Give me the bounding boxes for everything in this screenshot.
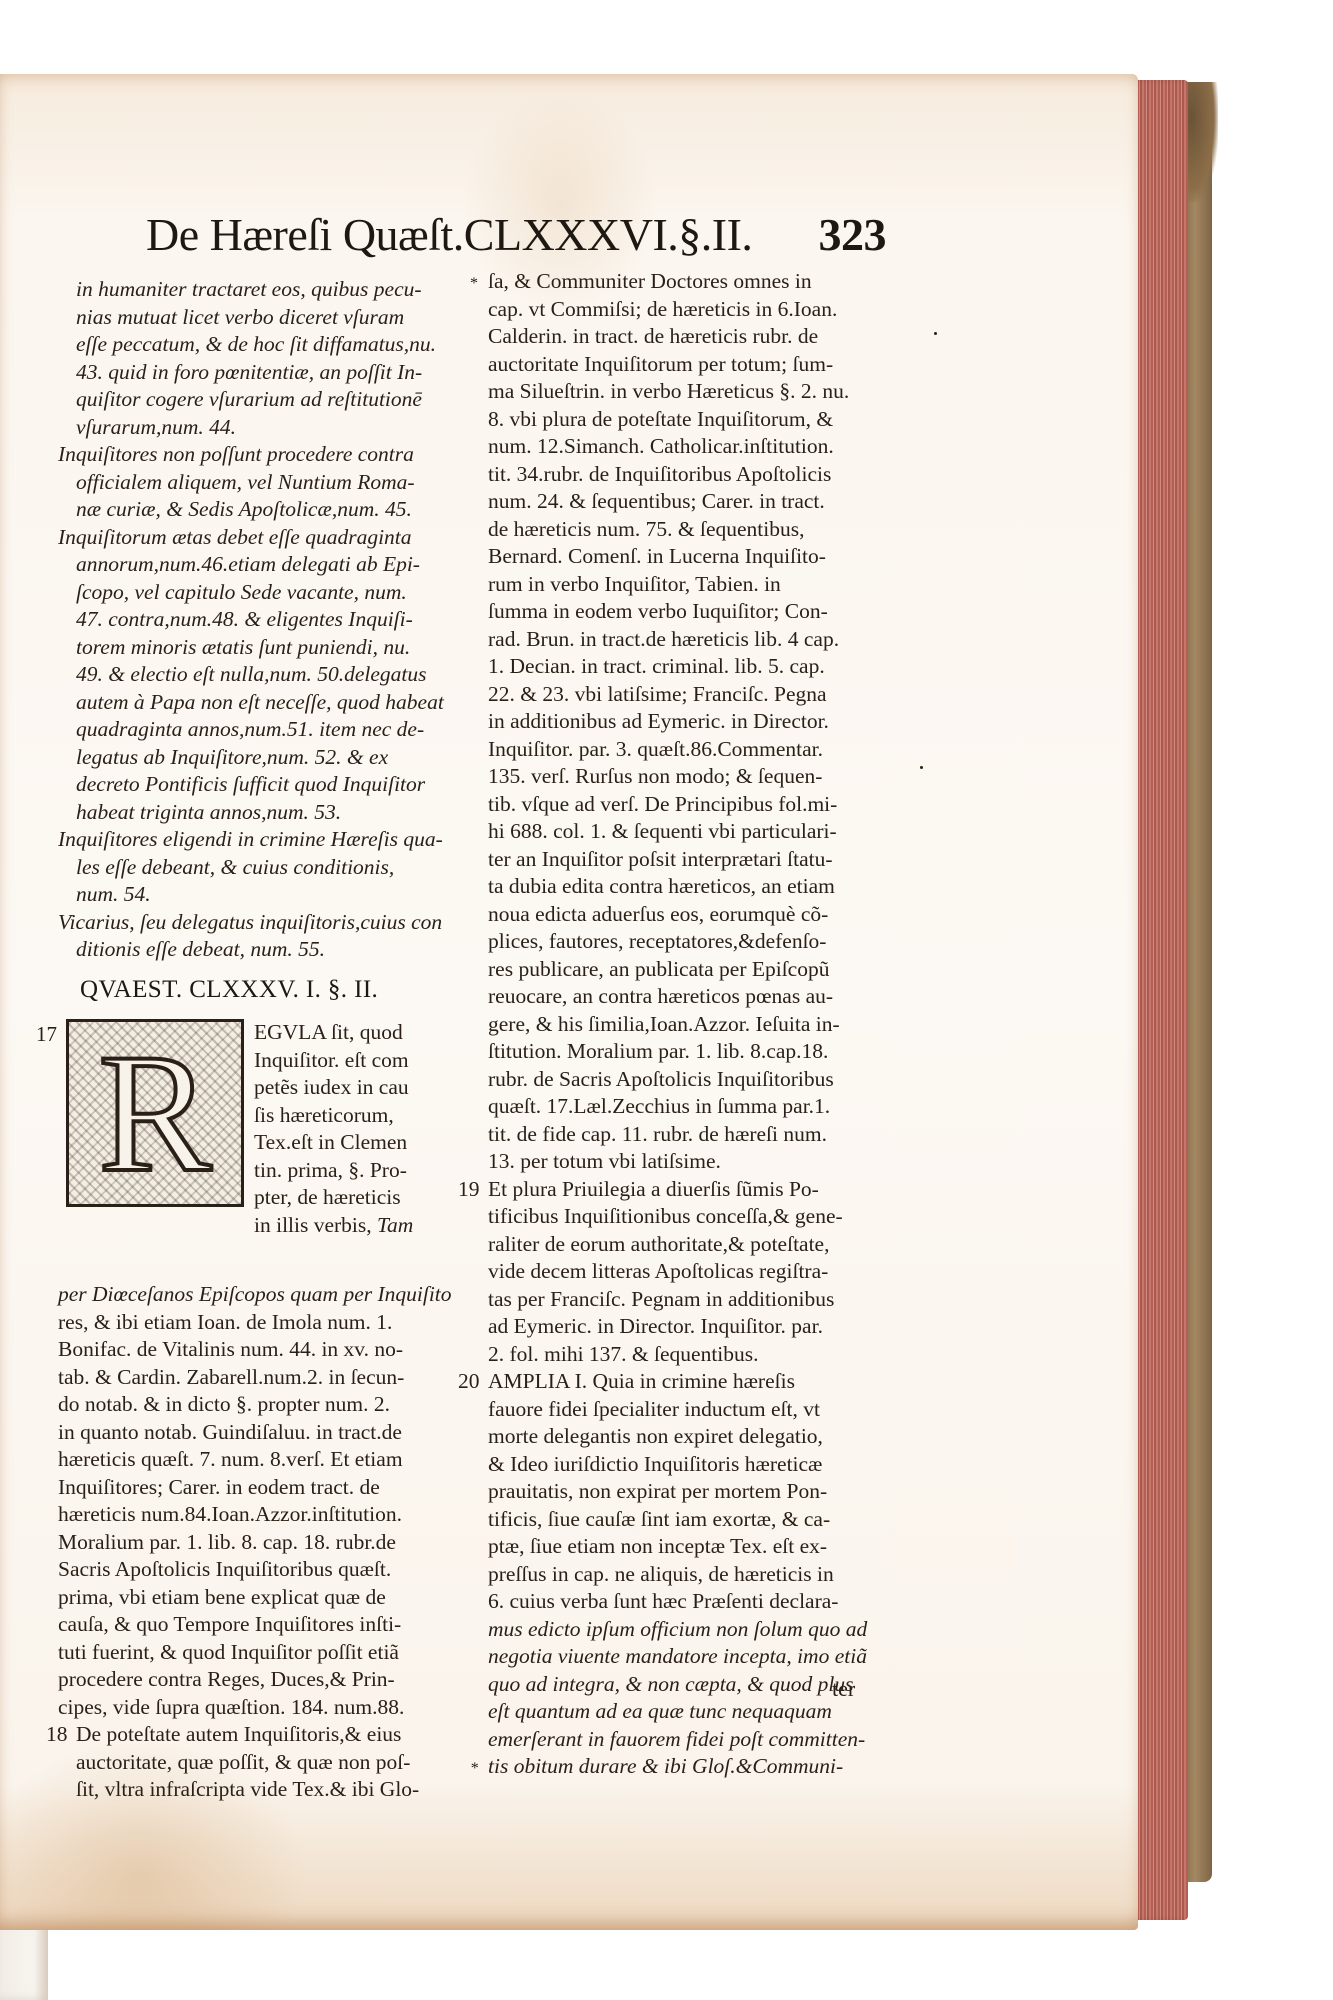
body-line: gere, & his ſimilia,Ioan.Azzor. Ieſuita … xyxy=(488,1011,880,1039)
index-line: 49. & electio eſt nulla,num. 50.delegatu… xyxy=(58,661,443,689)
index-line: les eſſe debeant, & cuius conditionis, xyxy=(58,854,443,882)
body-line: in quanto notab. Guindiſaluu. in tract.d… xyxy=(58,1419,443,1447)
body-line: vide decem litteras Apoſtolicas regiſtra… xyxy=(488,1258,880,1286)
initial-side-line: ſis hæreticorum, xyxy=(254,1102,444,1130)
paragraph-number: 20 xyxy=(458,1368,488,1396)
body-line: auctoritate Inquiſitorum per totum; ſum- xyxy=(488,351,880,379)
body-line: plices, fautores, receptatores,&defenſo- xyxy=(488,928,880,956)
body-line: 19Et plura Priuilegia a diuerſis ſũmis P… xyxy=(488,1176,880,1204)
initial-side-line: Inquiſitor. eſt com xyxy=(254,1047,444,1075)
body-line: mus edicto ipſum officium non ſolum quo … xyxy=(488,1616,880,1644)
body-line: tuti fuerint, & quod Inquiſitor poſſit e… xyxy=(58,1639,443,1667)
right-column: *ſa, & Communiter Doctores omnes incap. … xyxy=(470,268,880,1781)
ink-speck xyxy=(920,766,923,769)
index-line: officialem aliquem, vel Nuntium Roma- xyxy=(58,469,443,497)
index-line: legatus ab Inquiſitore,num. 52. & ex xyxy=(58,744,443,772)
body-line: num. 24. & ſequentibus; Carer. in tract. xyxy=(488,488,880,516)
body-line: quæſt. 17.Læl.Zecchius in ſumma par.1. xyxy=(488,1093,880,1121)
index-line: torem minoris ætatis ſunt puniendi, nu. xyxy=(58,634,443,662)
body-line: num. 12.Simanch. Catholicar.inſtitution. xyxy=(488,433,880,461)
body-line: cipes, vide ſupra quæſtion. 184. num.88. xyxy=(58,1694,443,1722)
body-line: 20AMPLIA I. Quia in crimine hæreſis xyxy=(488,1368,880,1396)
body-line: 2. fol. mihi 137. & ſequentibus. xyxy=(488,1341,880,1369)
body-line: tab. & Cardin. Zabarell.num.2. in ſecun- xyxy=(58,1364,443,1392)
body-line: ma Silueſtrin. in verbo Hæreticus §. 2. … xyxy=(488,378,880,406)
initial-side-line: petẽs iudex in cau xyxy=(254,1074,444,1102)
body-line: Inquiſitor. par. 3. quæſt.86.Commentar. xyxy=(488,736,880,764)
body-line: res publicare, an publicata per Epiſcopũ xyxy=(488,956,880,984)
body-line: 18De poteſtate autem Inquiſitoris,& eius xyxy=(76,1721,443,1749)
running-header: De Hæreſi Quæſt.CLXXXVI.§.II. 323 xyxy=(146,208,886,268)
index-line: nias mutuat licet verbo diceret vſuram xyxy=(58,304,443,332)
paragraph-18: 18De poteſtate autem Inquiſitoris,& eius… xyxy=(58,1721,443,1804)
index-line: decreto Pontificis ſufficit quod Inquiſi… xyxy=(58,771,443,799)
body-line: Sacris Apoſtolicis Inquiſitoribus quæſt. xyxy=(58,1556,443,1584)
body-line: 1. Decian. in tract. criminal. lib. 5. c… xyxy=(488,653,880,681)
body-line: prauitatis, non expirat per mortem Pon- xyxy=(488,1478,880,1506)
body-line: cap. vt Commiſsi; de hæreticis in 6.Ioan… xyxy=(488,296,880,324)
index-line: næ curiæ, & Sedis Apoſtolicæ,num. 45. xyxy=(58,496,443,524)
left-column: in humaniter tractaret eos, quibus pecu-… xyxy=(58,276,443,1804)
index-line: annorum,num.46.etiam delegati ab Epi- xyxy=(58,551,443,579)
asterisk-marker-icon: * xyxy=(470,270,488,298)
body-line: Calderin. in tract. de hæreticis rubr. d… xyxy=(488,323,880,351)
paragraph-number: 19 xyxy=(458,1176,488,1204)
body-line: tit. de fide cap. 11. rubr. de hæreſi nu… xyxy=(488,1121,880,1149)
body-line: prima, vbi etiam bene explicat quæ de xyxy=(58,1584,443,1612)
body-line: 13. per totum vbi latiſsime. xyxy=(488,1148,880,1176)
paragraph-17-body: per Diœceſanos Epiſcopos quam per Inquiſ… xyxy=(58,1281,443,1721)
catchword: ter xyxy=(832,1676,855,1702)
body-line: *tis obitum durare & ibi Gloſ.&Communi- xyxy=(488,1753,880,1781)
index-line: Inquiſitores eligendi in crimine Hæreſis… xyxy=(58,826,443,854)
body-line: ſtitution. Moralium par. 1. lib. 8.cap.1… xyxy=(488,1038,880,1066)
continuation-lines: *ſa, & Communiter Doctores omnes incap. … xyxy=(488,268,880,1176)
initial-letter: R xyxy=(98,1028,211,1198)
index-line: Inquiſitorum ætas debet eſſe quadraginta xyxy=(58,524,443,552)
body-line: tib. vſque ad verſ. De Principibus fol.m… xyxy=(488,791,880,819)
body-line: ad Eymeric. in Director. Inquiſitor. par… xyxy=(488,1313,880,1341)
decorated-initial-paragraph: 17 R EGVLA ſit, quodInquiſitor. eſt comp… xyxy=(58,1019,443,1281)
paragraph-19: 19Et plura Priuilegia a diuerſis ſũmis P… xyxy=(470,1176,880,1369)
body-line: *ſa, & Communiter Doctores omnes in xyxy=(488,268,880,296)
paragraph-20-lines: 20AMPLIA I. Quia in crimine hæreſisfauor… xyxy=(488,1368,880,1781)
body-line: hi 688. col. 1. & ſequenti vbi particula… xyxy=(488,818,880,846)
body-line: raliter de eorum authoritate,& poteſtate… xyxy=(488,1231,880,1259)
asterisk-marker-icon: * xyxy=(470,1755,488,1783)
body-line: do notab. & in dicto §. propter num. 2. xyxy=(58,1391,443,1419)
italic-quote: Tam xyxy=(377,1213,413,1237)
body-line: in additionibus ad Eymeric. in Director. xyxy=(488,708,880,736)
body-line: de hæreticis num. 75. & ſequentibus, xyxy=(488,516,880,544)
body-line: tit. 34.rubr. de Inquiſitoribus Apoſtoli… xyxy=(488,461,880,489)
index-line: 43. quid in foro pœnitentiæ, an poſſit I… xyxy=(58,359,443,387)
paragraph-18-lines: 18De poteſtate autem Inquiſitoris,& eius… xyxy=(76,1721,443,1804)
index-line: ditionis eſſe debeat, num. 55. xyxy=(58,936,443,964)
body-line: Inquiſitores; Carer. in eodem tract. de xyxy=(58,1474,443,1502)
historiated-initial-R-icon: R xyxy=(66,1019,244,1207)
body-line: tificis, ſiue cauſæ ſint iam exortæ, & c… xyxy=(488,1506,880,1534)
body-line: tificibus Inquiſitionibus conceſſa,& gen… xyxy=(488,1203,880,1231)
body-line: preſſus in cap. ne aliquis, de hæreticis… xyxy=(488,1561,880,1589)
body-line: Moralium par. 1. lib. 8. cap. 18. rubr.d… xyxy=(58,1529,443,1557)
index-line: habeat triginta annos,num. 53. xyxy=(58,799,443,827)
index-line: num. 54. xyxy=(58,881,443,909)
index-line: Vicarius, ſeu delegatus inquiſitoris,cui… xyxy=(58,909,443,937)
body-line: eſt quantum ad ea quæ tunc nequaquam xyxy=(488,1698,880,1726)
body-line: ſit, vltra infraſcripta vide Tex.& ibi G… xyxy=(76,1776,443,1804)
body-line: rum in verbo Inquiſitor, Tabien. in xyxy=(488,571,880,599)
body-line: quo ad integra, & non cæpta, & quod plus xyxy=(488,1671,880,1699)
body-line: ta dubia edita contra hæreticos, an etia… xyxy=(488,873,880,901)
paragraph-20: 20AMPLIA I. Quia in crimine hæreſisfauor… xyxy=(470,1368,880,1781)
body-line: noua edicta aduerſus eos, eorumquè cõ- xyxy=(488,901,880,929)
body-line: res, & ibi etiam Ioan. de Imola num. 1. xyxy=(58,1309,443,1337)
body-line: hæreticis num.84.Ioan.Azzor.inſtitution. xyxy=(58,1501,443,1529)
body-line: & Ideo iuriſdictio Inquiſitoris hæreticæ xyxy=(488,1451,880,1479)
index-summary: in humaniter tractaret eos, quibus pecu-… xyxy=(58,276,443,964)
body-line: procedere contra Reges, Duces,& Prin- xyxy=(58,1666,443,1694)
body-line: morte delegantis non expiret delegatio, xyxy=(488,1423,880,1451)
body-line: 135. verſ. Rurſus non modo; & ſequen- xyxy=(488,763,880,791)
index-line: eſſe peccatum, & de hoc ſit diffamatus,n… xyxy=(58,331,443,359)
body-line: rad. Brun. in tract.de hæreticis lib. 4 … xyxy=(488,626,880,654)
initial-side-line: pter, de hæreticis xyxy=(254,1184,444,1212)
index-line: ſcopo, vel capitulo Sede vacante, num. xyxy=(58,579,443,607)
body-line: Bonifac. de Vitalinis num. 44. in xv. no… xyxy=(58,1336,443,1364)
initial-side-line: Tex.eſt in Clemen xyxy=(254,1129,444,1157)
body-line: cauſa, & quo Tempore Inquiſitores inſti- xyxy=(58,1611,443,1639)
running-title: De Hæreſi Quæſt.CLXXXVI.§.II. xyxy=(146,208,752,261)
body-line: per Diœceſanos Epiſcopos quam per Inquiſ… xyxy=(58,1281,443,1309)
body-line: ptæ, ſiue etiam non inceptæ Tex. eſt ex- xyxy=(488,1533,880,1561)
body-line: fauore fidei ſpecialiter inductum eſt, v… xyxy=(488,1396,880,1424)
index-line: in humaniter tractaret eos, quibus pecu- xyxy=(58,276,443,304)
index-line: quiſitor cogere vſurarium ad reſtitution… xyxy=(58,386,443,414)
body-line: Bernard. Comenſ. in Lucerna Inquiſito- xyxy=(488,543,880,571)
initial-side-line: EGVLA ſit, quod xyxy=(254,1019,444,1047)
section-heading: QVAEST. CLXXXV. I. §. II. xyxy=(80,976,443,1004)
body-line: tas per Franciſc. Pegnam in additionibus xyxy=(488,1286,880,1314)
continuation-block: *ſa, & Communiter Doctores omnes incap. … xyxy=(470,268,880,1176)
page-number: 323 xyxy=(819,208,887,261)
paragraph-19-lines: 19Et plura Priuilegia a diuerſis ſũmis P… xyxy=(488,1176,880,1369)
body-line: 22. & 23. vbi latiſsime; Franciſc. Pegna xyxy=(488,681,880,709)
initial-side-line: tin. prima, §. Pro- xyxy=(254,1157,444,1185)
index-line: quadraginta annos,num.51. item nec de- xyxy=(58,716,443,744)
paragraph-number: 17 xyxy=(36,1021,57,1049)
index-line: Inquiſitores non poſſunt procedere contr… xyxy=(58,441,443,469)
index-line: vſurarum,num. 44. xyxy=(58,414,443,442)
body-line: ſumma in eodem verbo Iuquiſitor; Con- xyxy=(488,598,880,626)
paragraph-number: 18 xyxy=(46,1721,76,1749)
body-line: 6. cuius verba ſunt hæc Præſenti declara… xyxy=(488,1588,880,1616)
index-line: 47. contra,num.48. & eligentes Inquiſi- xyxy=(58,606,443,634)
initial-side-text: EGVLA ſit, quodInquiſitor. eſt competẽs … xyxy=(254,1019,444,1239)
book-binding xyxy=(1184,92,1212,1882)
ink-speck xyxy=(934,332,937,335)
index-line: autem à Papa non eſt neceſſe, quod habea… xyxy=(58,689,443,717)
body-line: negotia viuente mandatore incepta, imo e… xyxy=(488,1643,880,1671)
body-line: ter an Inquiſitor poſsit interprætari ſt… xyxy=(488,846,880,874)
initial-side-line: in illis verbis, Tam xyxy=(254,1212,444,1240)
body-line: emerſerant in fauorem fidei poſt committ… xyxy=(488,1726,880,1754)
body-line: auctoritate, quæ poſſit, & quæ non poſ- xyxy=(76,1749,443,1777)
body-line: hæreticis quæſt. 7. num. 8.verſ. Et etia… xyxy=(58,1446,443,1474)
body-line: reuocare, an contra hæreticos pœnas au- xyxy=(488,983,880,1011)
body-line: 8. vbi plura de poteſtate Inquiſitorum, … xyxy=(488,406,880,434)
body-line: rubr. de Sacris Apoſtolicis Inquiſitorib… xyxy=(488,1066,880,1094)
